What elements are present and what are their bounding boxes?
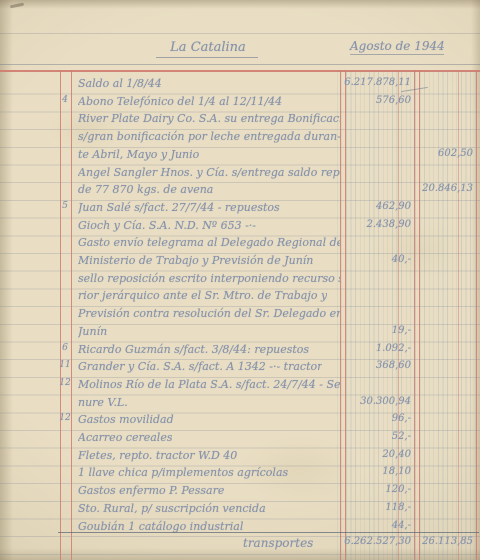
ledger-row: nure V.L. 30.300,94 — [0, 396, 480, 414]
amount-col1: 19,- — [341, 325, 411, 336]
ledger-row: 12 Gastos movilidad 96,- — [0, 413, 480, 431]
entry-text: Previsión contra resolución del Sr. Dele… — [78, 307, 340, 320]
ledger-row: 12 Molinos Río de la Plata S.A. s/fact. … — [0, 378, 480, 396]
ledger-row: Angel Sangler Hnos. y Cía. s/entrega sal… — [0, 166, 480, 184]
ledger-row: Ministerio de Trabajo y Previsión de Jun… — [0, 254, 480, 272]
ledger-row: 6 Ricardo Guzmán s/fact. 3/8/44: repuest… — [0, 343, 480, 361]
day-number: 6 — [58, 343, 72, 353]
entry-text: Ricardo Guzmán s/fact. 3/8/44: repuestos — [78, 343, 309, 356]
entry-text: Juan Salé s/fact. 27/7/44 - repuestos — [78, 201, 280, 214]
entry-text: sello reposición escrito interponiendo r… — [78, 272, 340, 285]
entry-text: Molinos Río de la Plata S.A. s/fact. 24/… — [78, 378, 340, 391]
day-number: 12 — [58, 413, 72, 423]
amount-col1: 44,- — [341, 520, 411, 531]
entry-text: rior jerárquico ante el Sr. Mtro. de Tra… — [78, 289, 327, 302]
ledger-row: de 77 870 kgs. de avena 20.846,13 — [0, 183, 480, 201]
carry-forward-label: transportes — [243, 536, 313, 550]
amount-col1: 6.217.878,11 — [341, 77, 411, 88]
amount-col1: 576,60 — [341, 95, 411, 106]
entry-text: Junín — [78, 325, 107, 338]
entry-text: Gioch y Cía. S.A. N.D. Nº 653 -·- — [78, 219, 256, 232]
entry-text: Abono Telefónico del 1/4 al 12/11/44 — [78, 95, 282, 108]
ledger-row: Junín 19,- — [0, 325, 480, 343]
ledger-row: 5 Juan Salé s/fact. 27/7/44 - repuestos … — [0, 201, 480, 219]
amount-col1: 1.092,- — [341, 343, 411, 354]
entry-text: Gastos movilidad — [78, 413, 174, 426]
ledger-row: rior jerárquico ante el Sr. Mtro. de Tra… — [0, 289, 480, 307]
amount-col1: 20,40 — [341, 449, 411, 460]
ledger-row: Gioch y Cía. S.A. N.D. Nº 653 -·- 2.438,… — [0, 219, 480, 237]
ledger-row: te Abril, Mayo y Junio 602,50 — [0, 148, 480, 166]
entry-text: Gastos enfermo P. Pessare — [78, 484, 224, 497]
entry-text: Fletes, repto. tractor W.D 40 — [78, 449, 237, 462]
entry-text: Ministerio de Trabajo y Previsión de Jun… — [78, 254, 313, 267]
amount-col2: 20.846,13 — [418, 183, 473, 194]
amount-col2: 602,50 — [418, 148, 473, 159]
ledger-row: Gasto envío telegrama al Delegado Region… — [0, 236, 480, 254]
entry-text: Grander y Cía. S.A. s/fact. A 1342 -·- t… — [78, 360, 322, 373]
amount-col1: 40,- — [341, 254, 411, 265]
entry-text: nure V.L. — [78, 396, 128, 409]
ledger-row: Sto. Rural, p/ suscripción vencida 118,- — [0, 502, 480, 520]
amount-col1: 120,- — [341, 484, 411, 495]
entry-text: River Plate Dairy Co. S.A. su entrega Bo… — [78, 112, 340, 125]
amount-col1: 2.438,90 — [341, 219, 411, 230]
ledger-rows: Saldo al 1/8/44 6.217.878,11 4 Abono Tel… — [0, 0, 480, 560]
amount-col1: 118,- — [341, 502, 411, 513]
entry-text: te Abril, Mayo y Junio — [78, 148, 199, 161]
day-number: 12 — [58, 378, 72, 388]
ledger-row: s/gran bonificación por leche entregada … — [0, 130, 480, 148]
ledger-row: 4 Abono Telefónico del 1/4 al 12/11/44 5… — [0, 95, 480, 113]
amount-col1: 462,90 — [341, 201, 411, 212]
entry-text: Saldo al 1/8/44 — [78, 77, 162, 90]
day-number: 11 — [58, 360, 72, 370]
ledger-row: Acarreo cereales 52,- — [0, 431, 480, 449]
amount-col1: 368,60 — [341, 360, 411, 371]
amount-col1: 30.300,94 — [341, 396, 411, 407]
day-number: 5 — [58, 201, 72, 211]
ledger-row: Fletes, repto. tractor W.D 40 20,40 — [0, 449, 480, 467]
totals-row: transportes 6.262.527,30 26.113,85 — [0, 536, 480, 554]
ledger-row: Saldo al 1/8/44 6.217.878,11 — [0, 77, 480, 95]
ledger-row: Gastos enfermo P. Pessare 120,- — [0, 484, 480, 502]
totals-rule — [58, 532, 479, 533]
entry-text: Angel Sangler Hnos. y Cía. s/entrega sal… — [78, 166, 340, 179]
entry-text: Gasto envío telegrama al Delegado Region… — [78, 236, 340, 249]
total-amount-col2: 26.113,85 — [418, 536, 473, 547]
amount-col1: 18,10 — [341, 466, 411, 477]
total-amount-col1: 6.262.527,30 — [341, 536, 411, 547]
amount-col1: 96,- — [341, 413, 411, 424]
ledger-row: sello reposición escrito interponiendo r… — [0, 272, 480, 290]
entry-text: de 77 870 kgs. de avena — [78, 183, 213, 196]
ledger-row: 11 Grander y Cía. S.A. s/fact. A 1342 -·… — [0, 360, 480, 378]
entry-text: Sto. Rural, p/ suscripción vencida — [78, 502, 266, 515]
entry-text: 1 llave chica p/implementos agrícolas — [78, 466, 288, 479]
day-number: 4 — [58, 95, 72, 105]
ledger-row: Previsión contra resolución del Sr. Dele… — [0, 307, 480, 325]
ledger-row: 1 llave chica p/implementos agrícolas 18… — [0, 466, 480, 484]
entry-text: Acarreo cereales — [78, 431, 172, 444]
ledger-page: La Catalina Agosto de 1944 Saldo al 1/8/… — [0, 0, 480, 560]
ledger-row: River Plate Dairy Co. S.A. su entrega Bo… — [0, 112, 480, 130]
amount-col1: 52,- — [341, 431, 411, 442]
entry-text: s/gran bonificación por leche entregada … — [78, 130, 340, 143]
